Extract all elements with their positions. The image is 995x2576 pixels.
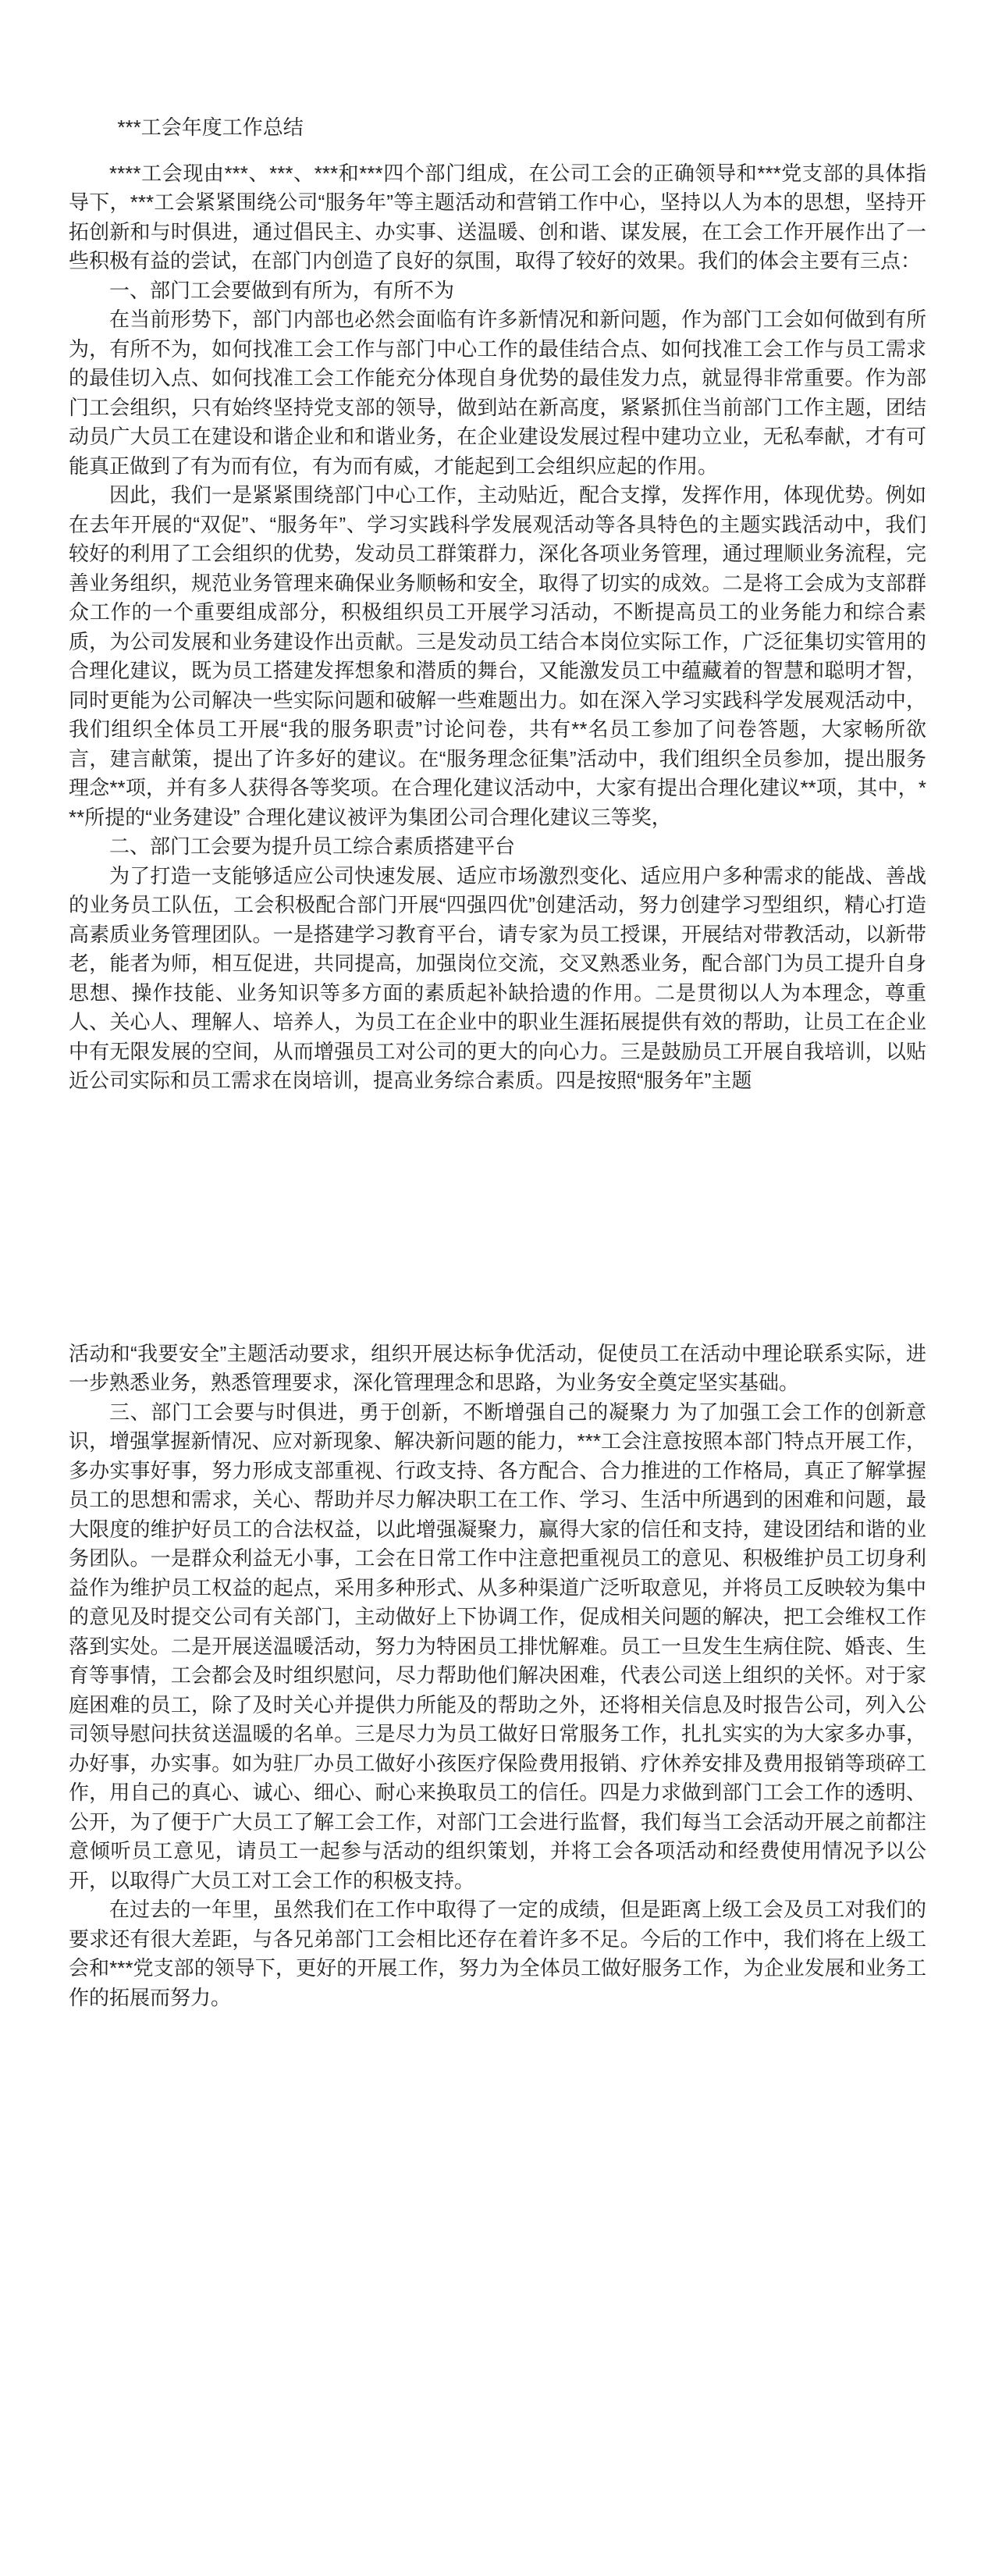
paragraph: 三、部门工会要与时俱进，勇于创新，不断增强自己的凝聚力 为了加强工会工作的创新意… (69, 1398, 926, 1896)
page-break-gap (69, 1096, 926, 1340)
section-heading: 二、部门工会要为提升员工综合素质搭建平台 (69, 832, 926, 862)
document-page: ***工会年度工作总结 ****工会现由***、***、***和***四个部门组… (0, 0, 995, 2576)
paragraph: ****工会现由***、***、***和***四个部门组成，在公司工会的正确领导… (69, 159, 926, 276)
paragraph: 因此，我们一是紧紧围绕部门中心工作，主动贴近，配合支撑，发挥作用，体现优势。例如… (69, 481, 926, 832)
paragraph: 在当前形势下，部门内部也必然会面临有许多新情况和新问题，作为部门工会如何做到有所… (69, 305, 926, 481)
section-heading: 一、部门工会要做到有所为，有所不为 (69, 276, 926, 306)
document-body: ****工会现由***、***、***和***四个部门组成，在公司工会的正确领导… (69, 159, 926, 2013)
paragraph: 在过去的一年里，虽然我们在工作中取得了一定的成绩，但是距离上级工会及员工对我们的… (69, 1895, 926, 2012)
paragraph-continuation: 活动和“我要安全”主题活动要求，组织开展达标争优活动，促使员工在活动中理论联系实… (69, 1340, 926, 1398)
paragraph: 为了打造一支能够适应公司快速发展、适应市场激烈变化、适应用户多种需求的能战、善战… (69, 862, 926, 1096)
document-title: ***工会年度工作总结 (69, 113, 926, 143)
